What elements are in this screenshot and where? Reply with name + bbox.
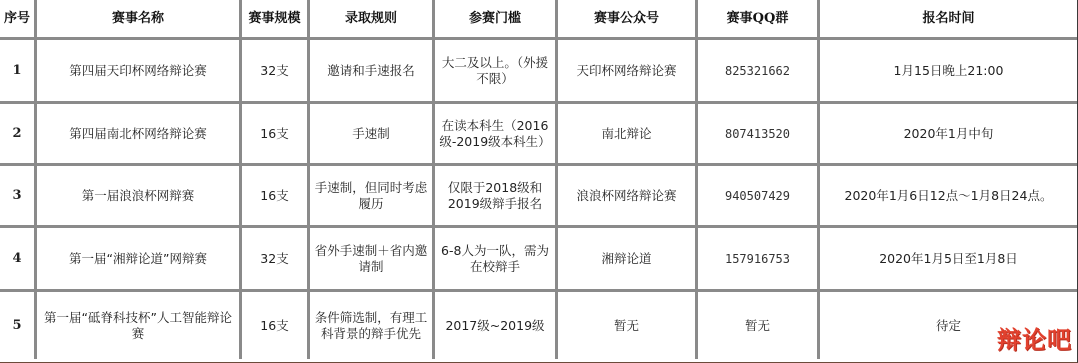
cell-index: 1 — [0, 40, 37, 104]
cell-index: 4 — [0, 228, 37, 292]
cell-time: 2020年1月5日至1月8日 — [820, 228, 1077, 292]
cell-account: 湘辩论道 — [558, 228, 698, 292]
cell-scale: 32支 — [242, 40, 310, 104]
cell-time: 2020年1月6日12点～1月8日24点。 — [820, 166, 1077, 228]
cell-name: 第四届天印杯网络辩论赛 — [37, 40, 242, 104]
cell-rule: 省外手速制＋省内邀请制 — [310, 228, 435, 292]
cell-threshold: 大二及以上。（外援不限） — [435, 40, 558, 104]
cell-index: 3 — [0, 166, 37, 228]
cell-rule: 手速制 — [310, 104, 435, 166]
cell-threshold: 在读本科生（2016级-2019级本科生） — [435, 104, 558, 166]
header-index: 序号 — [0, 0, 37, 40]
table-row: 4 第一届“湘辩论道”网辩赛 32支 省外手速制＋省内邀请制 6-8人为一队，需… — [0, 228, 1077, 292]
table-row: 1 第四届天印杯网络辩论赛 32支 邀请和手速报名 大二及以上。（外援不限） 天… — [0, 40, 1077, 104]
header-threshold: 参赛门槛 — [435, 0, 558, 40]
cell-scale: 16支 — [242, 104, 310, 166]
cell-account: 暂无 — [558, 292, 698, 359]
cell-scale: 16支 — [242, 292, 310, 359]
table-row: 5 第一届“砥脊科技杯”人工智能辩论赛 16支 条件筛选制，有理工科背景的辩手优… — [0, 292, 1077, 359]
cell-threshold: 6-8人为一队，需为在校辩手 — [435, 228, 558, 292]
cell-rule: 条件筛选制，有理工科背景的辩手优先 — [310, 292, 435, 359]
watermark-logo: 辩论吧 — [997, 320, 1072, 355]
table-row: 2 第四届南北杯网络辩论赛 16支 手速制 在读本科生（2016级-2019级本… — [0, 104, 1077, 166]
cell-name: 第一届“湘辩论道”网辩赛 — [37, 228, 242, 292]
header-rule: 录取规则 — [310, 0, 435, 40]
header-account: 赛事公众号 — [558, 0, 698, 40]
table-header-row: 序号 赛事名称 赛事规模 录取规则 参赛门槛 赛事公众号 赛事QQ群 报名时间 — [0, 0, 1077, 40]
cell-qq: 807413520 — [698, 104, 820, 166]
header-scale: 赛事规模 — [242, 0, 310, 40]
cell-qq: 157916753 — [698, 228, 820, 292]
cell-index: 5 — [0, 292, 37, 359]
cell-account: 南北辩论 — [558, 104, 698, 166]
cell-name: 第一届浪浪杯网辩赛 — [37, 166, 242, 228]
cell-qq: 940507429 — [698, 166, 820, 228]
cell-time: 1月15日晚上21:00 — [820, 40, 1077, 104]
cell-qq: 825321662 — [698, 40, 820, 104]
header-name: 赛事名称 — [37, 0, 242, 40]
cell-account: 浪浪杯网络辩论赛 — [558, 166, 698, 228]
cell-account: 天印杯网络辩论赛 — [558, 40, 698, 104]
table-row: 3 第一届浪浪杯网辩赛 16支 手速制，但同时考虑履历 仅限于2018级和201… — [0, 166, 1077, 228]
cell-scale: 16支 — [242, 166, 310, 228]
cell-name: 第四届南北杯网络辩论赛 — [37, 104, 242, 166]
header-qq: 赛事QQ群 — [698, 0, 820, 40]
cell-threshold: 仅限于2018级和2019级辩手报名 — [435, 166, 558, 228]
cell-qq: 暂无 — [698, 292, 820, 359]
cell-rule: 手速制，但同时考虑履历 — [310, 166, 435, 228]
cell-threshold: 2017级~2019级 — [435, 292, 558, 359]
cell-index: 2 — [0, 104, 37, 166]
cell-name: 第一届“砥脊科技杯”人工智能辩论赛 — [37, 292, 242, 359]
cell-time: 2020年1月中旬 — [820, 104, 1077, 166]
header-time: 报名时间 — [820, 0, 1077, 40]
cell-rule: 邀请和手速报名 — [310, 40, 435, 104]
cell-scale: 32支 — [242, 228, 310, 292]
competition-table: 序号 赛事名称 赛事规模 录取规则 参赛门槛 赛事公众号 赛事QQ群 报名时间 … — [0, 0, 1077, 359]
